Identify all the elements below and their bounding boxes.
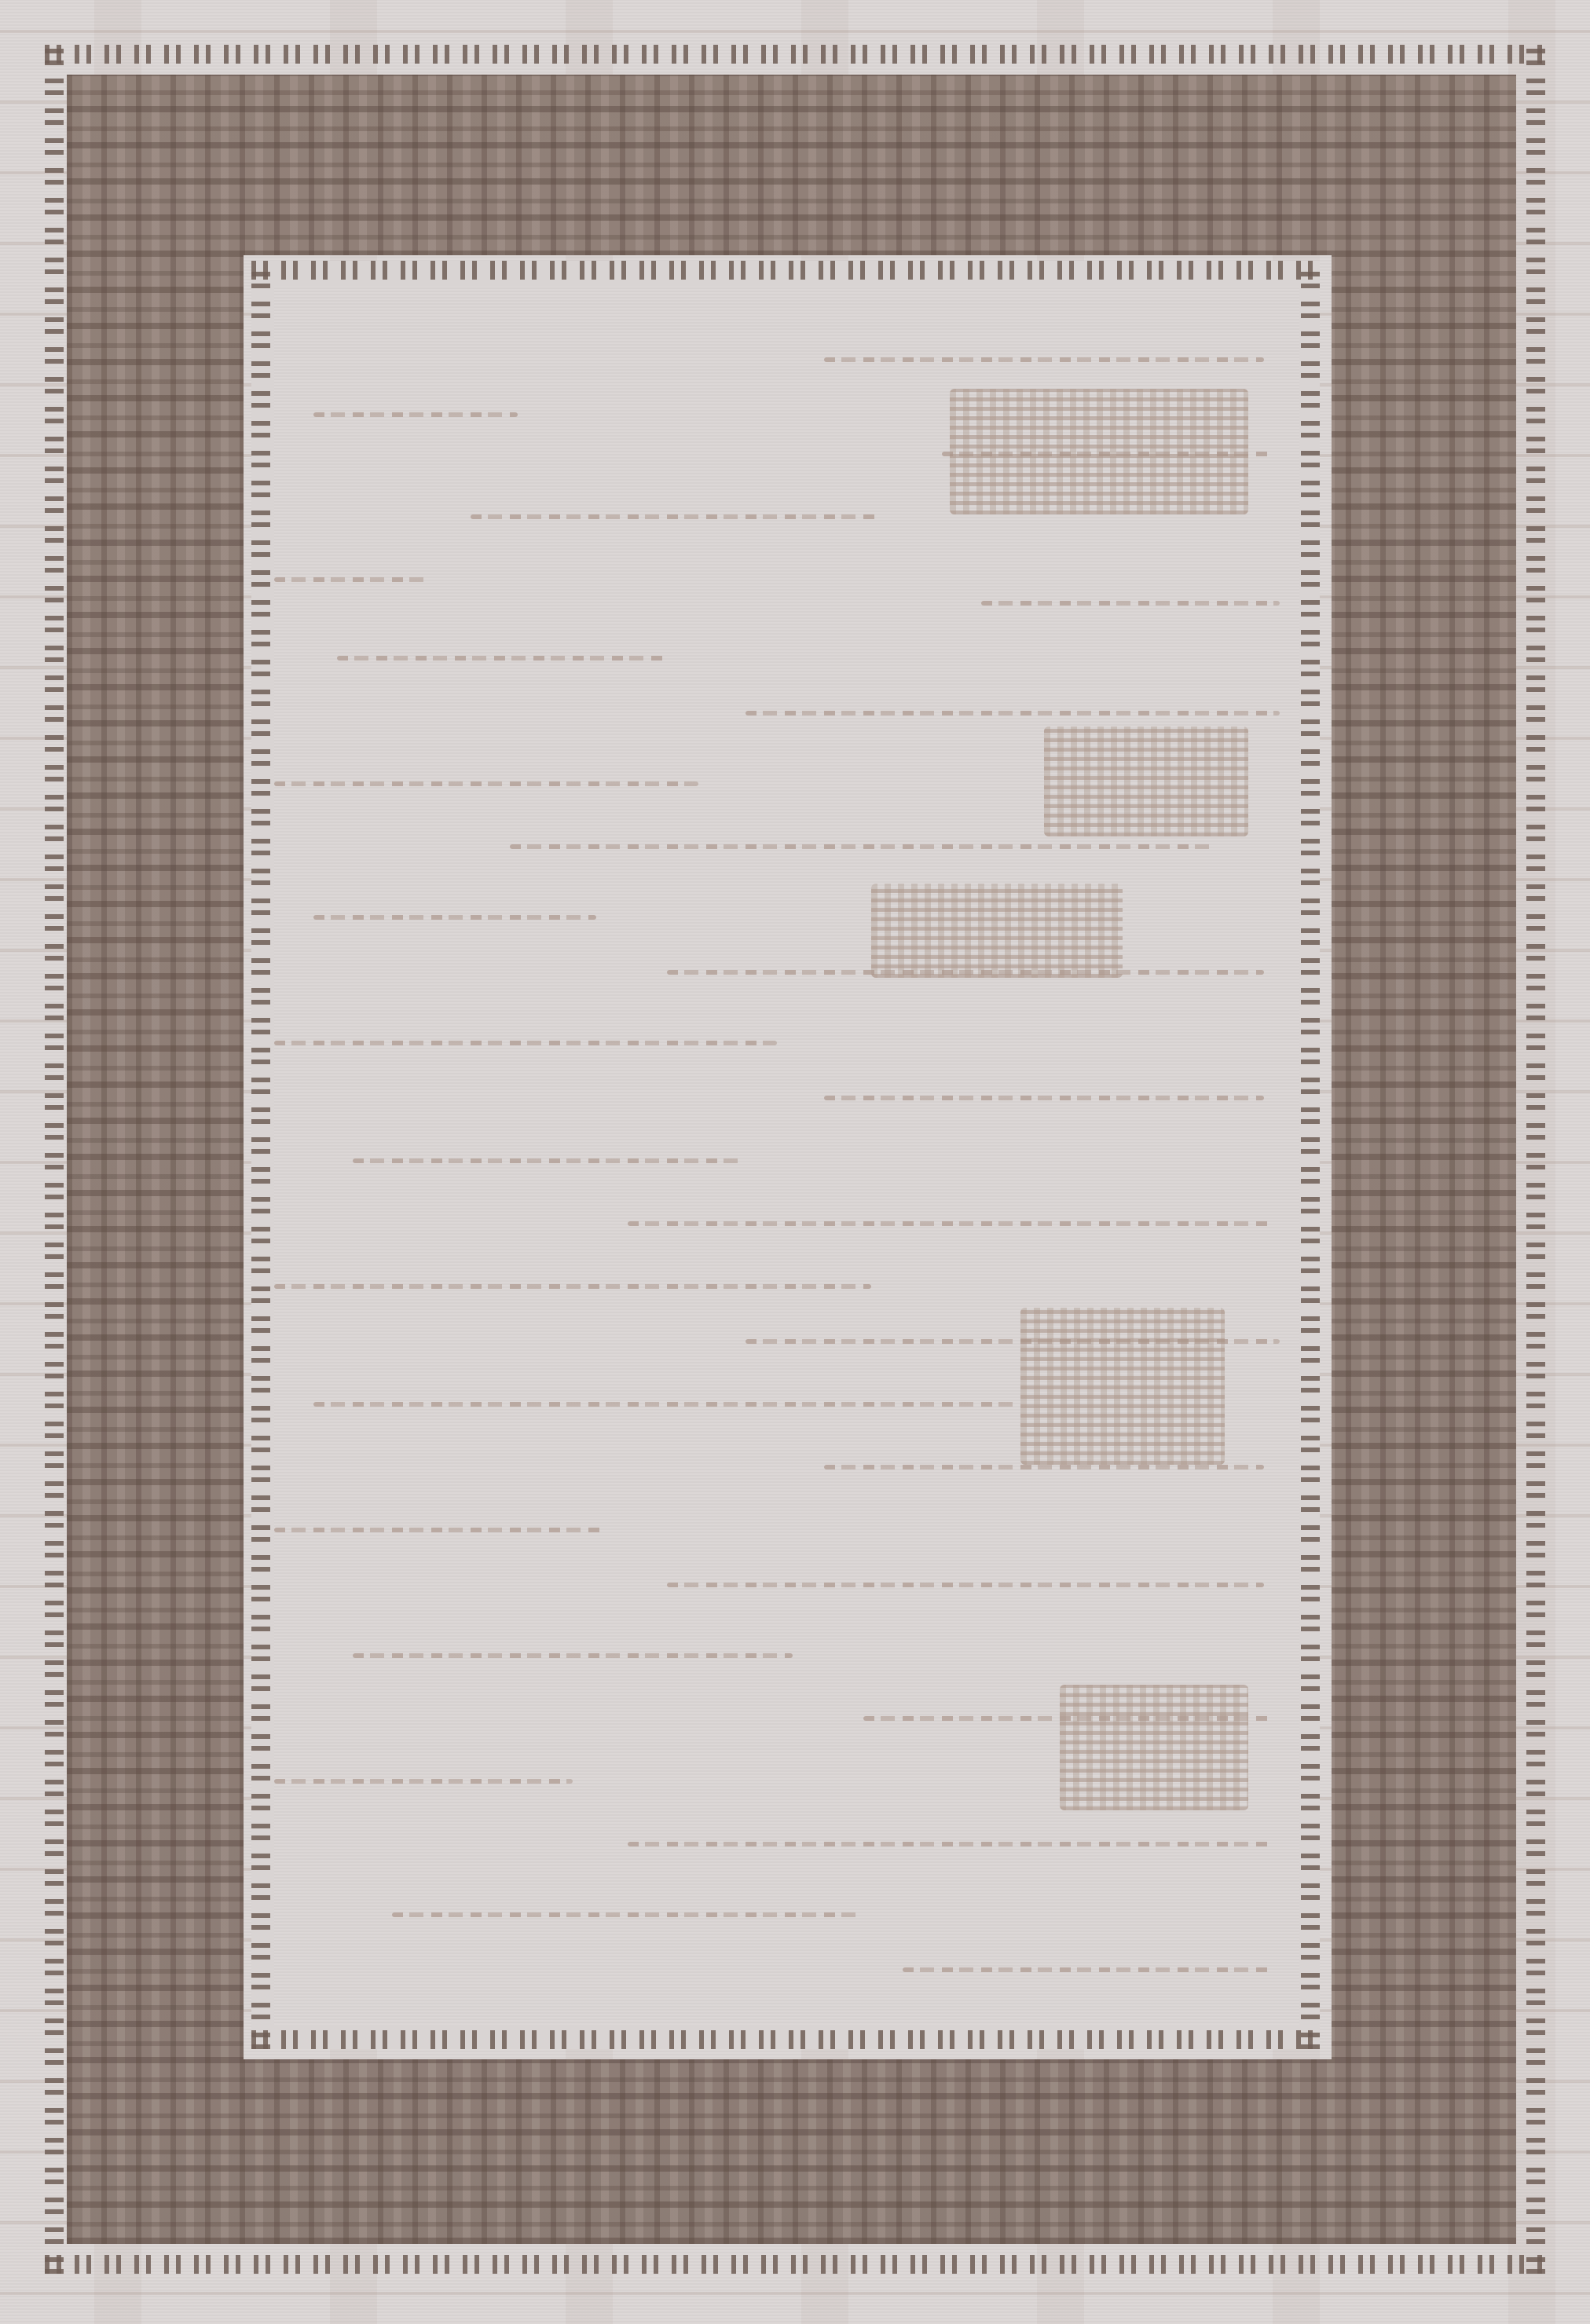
distressed-patch [1060,1685,1248,1810]
distressed-patch [1020,1308,1225,1465]
streak [274,1528,604,1532]
streak [628,1842,1272,1846]
streak [337,656,667,661]
streak [274,577,431,582]
streak [274,1779,573,1784]
streak [313,1402,1020,1407]
center-field [274,287,1299,2025]
streak [353,1158,746,1163]
streak [353,1653,793,1658]
streak [510,844,1217,849]
streak [274,1041,777,1045]
distressed-patch [950,389,1248,514]
streak [824,357,1264,362]
distressed-patch [871,884,1123,978]
streak [392,1912,863,1917]
streak [903,1967,1272,1972]
streak [274,1284,871,1289]
streak [628,1221,1272,1226]
rug [0,0,1590,2324]
streak [824,1465,1264,1469]
streak [313,915,596,920]
streak [471,514,879,519]
streak [274,781,698,786]
streak [667,1583,1264,1587]
streak [313,412,518,417]
streak [824,1096,1264,1100]
streak [746,711,1280,715]
streak [981,601,1280,606]
distressed-patch [1044,726,1248,836]
